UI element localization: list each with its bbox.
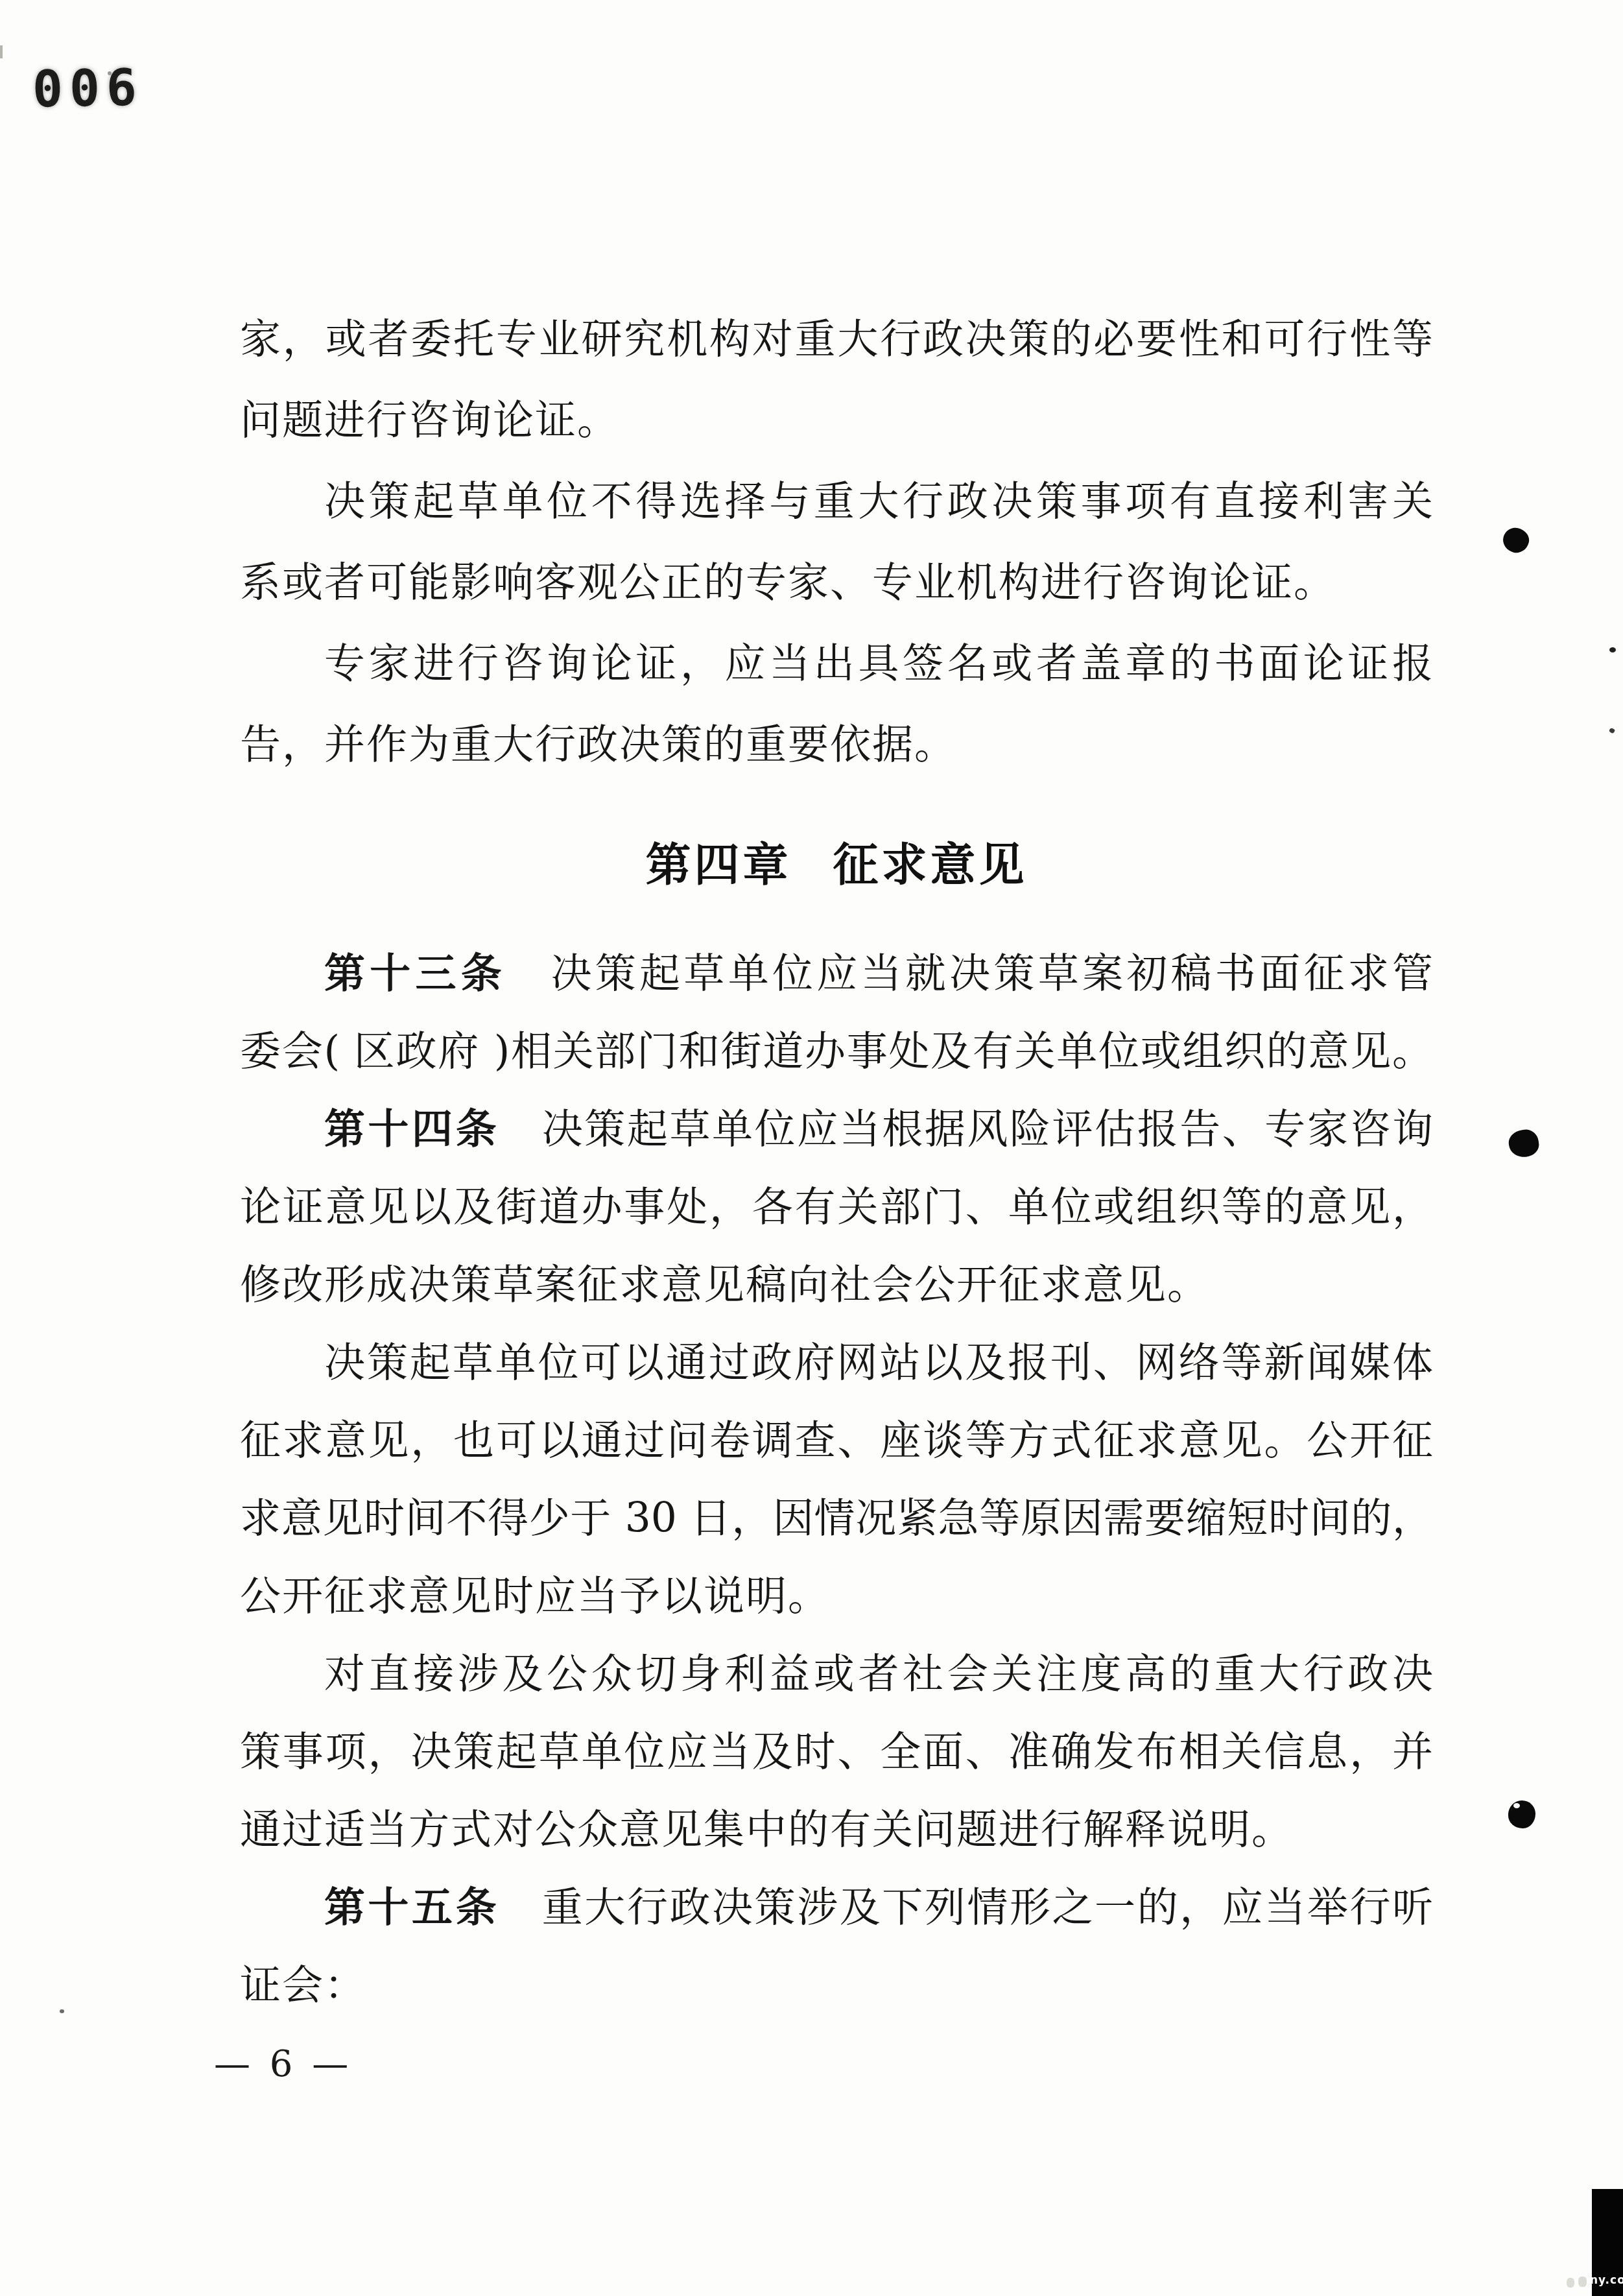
scan-speck <box>108 71 112 75</box>
text-line: 对直接涉及公众切身利益或者社会关注度高的重大行政决 <box>240 1651 1433 1697</box>
text-line: 通过适当方式对公众意见集中的有关问题进行解释说明。 <box>240 1806 1433 1853</box>
scan-edge-artifact <box>0 45 3 58</box>
text-line: 求意见时间不得少于 30 日，因情况紧急等原因需要缩短时间的， <box>240 1495 1433 1542</box>
text-line: 公开征求意见时应当予以说明。 <box>240 1573 1433 1620</box>
text-line: 问题进行咨询论证。 <box>240 397 1433 444</box>
scan-speck <box>1609 727 1615 734</box>
scan-speck <box>60 2009 64 2013</box>
text-line: 委会( 区政府 )相关部门和街道办事处及有关单位或组织的意见。 <box>240 1028 1433 1075</box>
article-number: 第十五条 <box>324 1885 499 1930</box>
ink-blot <box>1507 1128 1540 1159</box>
article-number: 第十三条 <box>324 951 506 996</box>
text-line: 征求意见，也可以通过问卷调查、座谈等方式征求意见。公开征 <box>240 1417 1433 1464</box>
article-number: 第十四条 <box>324 1106 499 1152</box>
text-line: 第十五条 重大行政决策涉及下列情形之一的，应当举行听 <box>240 1884 1433 1931</box>
document-page: 006 家，或者委托专业研究机构对重大行政决策的必要性和可行性等问题进行咨询论证… <box>0 0 1623 2296</box>
text-line: 第十三条 决策起草单位应当就决策草案初稿书面征求管 <box>240 950 1433 997</box>
text-line: 论证意见以及街道办事处，各有关部门、单位或组织等的意见， <box>240 1184 1433 1230</box>
watermark-smudge <box>1567 2278 1574 2288</box>
text-line: 决策起草单位不得选择与重大行政决策事项有直接利害关 <box>240 478 1433 525</box>
text-line: 决策起草单位可以通过政府网站以及报刊、网络等新闻媒体 <box>240 1339 1433 1386</box>
scan-speck <box>1609 647 1616 652</box>
ink-blot <box>1500 525 1532 556</box>
watermark-smudge <box>1578 2277 1587 2287</box>
folio-stamp: 006 <box>32 59 143 119</box>
chapter-heading: 第四章征求意见 <box>240 841 1433 890</box>
text-line: 策事项，决策起草单位应当及时、全面、准确发布相关信息，并 <box>240 1728 1433 1775</box>
chapter-title: 征求意见 <box>833 840 1028 891</box>
site-watermark: ny.com <box>1590 2274 1623 2287</box>
text-line: 告，并作为重大行政决策的重要依据。 <box>240 721 1433 768</box>
text-line: 证会： <box>240 1962 1433 2009</box>
text-line: 家，或者委托专业研究机构对重大行政决策的必要性和可行性等 <box>240 316 1433 363</box>
text-line: 专家进行咨询论证，应当出具签名或者盖章的书面论证报 <box>240 640 1433 687</box>
ink-blot <box>1508 1800 1535 1828</box>
text-line: 第十四条 决策起草单位应当根据风险评估报告、专家咨询 <box>240 1106 1433 1153</box>
page-number: — 6 — <box>214 2043 352 2085</box>
text-line: 修改形成决策草案征求意见稿向社会公开征求意见。 <box>240 1262 1433 1308</box>
chapter-number: 第四章 <box>646 840 792 891</box>
text-line: 系或者可能影响客观公正的专家、专业机构进行咨询论证。 <box>240 559 1433 606</box>
